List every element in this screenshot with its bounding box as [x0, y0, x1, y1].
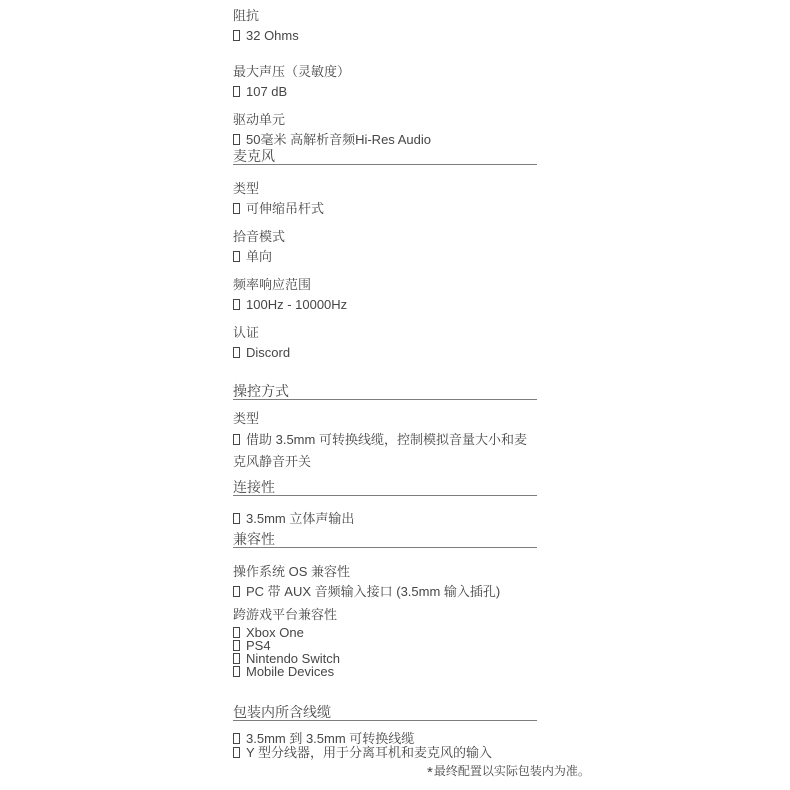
- footnote-star-icon: *: [427, 765, 433, 781]
- spec-label: 跨游戏平台兼容性: [233, 605, 537, 625]
- tofu-bullet-icon: [233, 666, 240, 677]
- spec-item: 3.5mm 立体声输出: [233, 509, 537, 529]
- spec-item-text: 32 Ohms: [246, 28, 299, 43]
- section-title-cables: 包装内所含线缆: [233, 706, 537, 721]
- tofu-bullet-icon: [233, 627, 240, 638]
- spec-label: 最大声压（灵敏度）: [233, 62, 537, 82]
- footnote-text: 最终配置以实际包装内为准。: [434, 764, 590, 778]
- tofu-bullet-icon: [233, 251, 240, 262]
- spec-item-text: 借助 3.5mm 可转换线缆，控制模拟音量大小和麦克风静音开关: [233, 432, 527, 469]
- spec-item-text: 可伸缩吊杆式: [246, 201, 324, 216]
- spec-block-impedance: 阻抗 32 Ohms: [233, 6, 537, 46]
- spec-item-list: Xbox One PS4 Nintendo Switch Mobile Devi…: [233, 626, 537, 678]
- spec-item-text: 3.5mm 立体声输出: [246, 511, 354, 526]
- tofu-bullet-icon: [233, 86, 240, 97]
- spec-item: 单向: [233, 247, 537, 267]
- footnote: *最终配置以实际包装内为准。: [427, 763, 590, 781]
- spec-block-control-type: 类型 借助 3.5mm 可转换线缆，控制模拟音量大小和麦克风静音开关: [233, 409, 537, 473]
- tofu-bullet-icon: [233, 640, 240, 651]
- spec-label: 阻抗: [233, 6, 537, 26]
- tofu-bullet-icon: [233, 134, 240, 145]
- tofu-bullet-icon: [233, 434, 240, 445]
- spec-item-text: 单向: [246, 249, 272, 264]
- tofu-bullet-icon: [233, 653, 240, 664]
- spec-label: 操作系统 OS 兼容性: [233, 562, 537, 582]
- spec-block-platform-compatibility: 跨游戏平台兼容性 Xbox One PS4 Nintendo Switch Mo…: [233, 605, 537, 678]
- spec-item: Xbox One: [233, 626, 537, 639]
- spec-item-text: 50毫米 高解析音频Hi-Res Audio: [246, 132, 431, 147]
- spec-item: 32 Ohms: [233, 26, 537, 46]
- section-title-connectivity: 连接性: [233, 481, 537, 496]
- section-title-controls: 操控方式: [233, 385, 537, 400]
- spec-item: 3.5mm 到 3.5mm 可转换线缆: [233, 732, 537, 746]
- spec-item-text: Discord: [246, 345, 290, 360]
- spec-label: 认证: [233, 323, 537, 343]
- spec-item: 50毫米 高解析音频Hi-Res Audio: [233, 130, 537, 150]
- spec-block-certification: 认证 Discord: [233, 323, 537, 363]
- spec-item: 可伸缩吊杆式: [233, 199, 537, 219]
- tofu-bullet-icon: [233, 203, 240, 214]
- spec-block-os-compatibility: 操作系统 OS 兼容性 PC 带 AUX 音频输入接口 (3.5mm 输入插孔): [233, 562, 537, 602]
- tofu-bullet-icon: [233, 299, 240, 310]
- spec-item-text: 100Hz - 10000Hz: [246, 297, 347, 312]
- spec-item-text: Y 型分线器，用于分离耳机和麦克风的输入: [246, 745, 492, 760]
- tofu-bullet-icon: [233, 30, 240, 41]
- spec-column: 阻抗 32 Ohms 最大声压（灵敏度） 107 dB 驱动单元 50毫米 高解…: [233, 0, 537, 760]
- spec-item: 借助 3.5mm 可转换线缆，控制模拟音量大小和麦克风静音开关: [233, 429, 537, 473]
- spec-item: 107 dB: [233, 82, 537, 102]
- tofu-bullet-icon: [233, 347, 240, 358]
- spec-block-mic-frequency: 频率响应范围 100Hz - 10000Hz: [233, 275, 537, 315]
- spec-label: 类型: [233, 179, 537, 199]
- spec-label: 类型: [233, 409, 537, 429]
- spec-block-connectivity: 3.5mm 立体声输出: [233, 509, 537, 529]
- spec-block-max-spl: 最大声压（灵敏度） 107 dB: [233, 62, 537, 102]
- tofu-bullet-icon: [233, 513, 240, 524]
- tofu-bullet-icon: [233, 586, 240, 597]
- spec-item-text: PC 带 AUX 音频输入接口 (3.5mm 输入插孔): [246, 584, 500, 599]
- spec-block-driver: 驱动单元 50毫米 高解析音频Hi-Res Audio: [233, 110, 537, 150]
- spec-block-pickup-pattern: 拾音模式 单向: [233, 227, 537, 267]
- tofu-bullet-icon: [233, 747, 240, 758]
- spec-item: PC 带 AUX 音频输入接口 (3.5mm 输入插孔): [233, 582, 537, 602]
- spec-label: 驱动单元: [233, 110, 537, 130]
- section-title-microphone: 麦克风: [233, 150, 537, 165]
- tofu-bullet-icon: [233, 733, 240, 744]
- spec-label: 频率响应范围: [233, 275, 537, 295]
- spec-block-cables: 3.5mm 到 3.5mm 可转换线缆 Y 型分线器，用于分离耳机和麦克风的输入: [233, 732, 537, 760]
- section-title-compatibility: 兼容性: [233, 533, 537, 548]
- spec-item: 100Hz - 10000Hz: [233, 295, 537, 315]
- spec-label: 拾音模式: [233, 227, 537, 247]
- spec-item: Y 型分线器，用于分离耳机和麦克风的输入: [233, 746, 537, 760]
- spec-item-text: Mobile Devices: [246, 664, 334, 679]
- spec-item-text: 3.5mm 到 3.5mm 可转换线缆: [246, 731, 414, 746]
- spec-block-mic-type: 类型 可伸缩吊杆式: [233, 179, 537, 219]
- spec-item-text: 107 dB: [246, 84, 287, 99]
- spec-item: Discord: [233, 343, 537, 363]
- spec-item: Mobile Devices: [233, 665, 537, 678]
